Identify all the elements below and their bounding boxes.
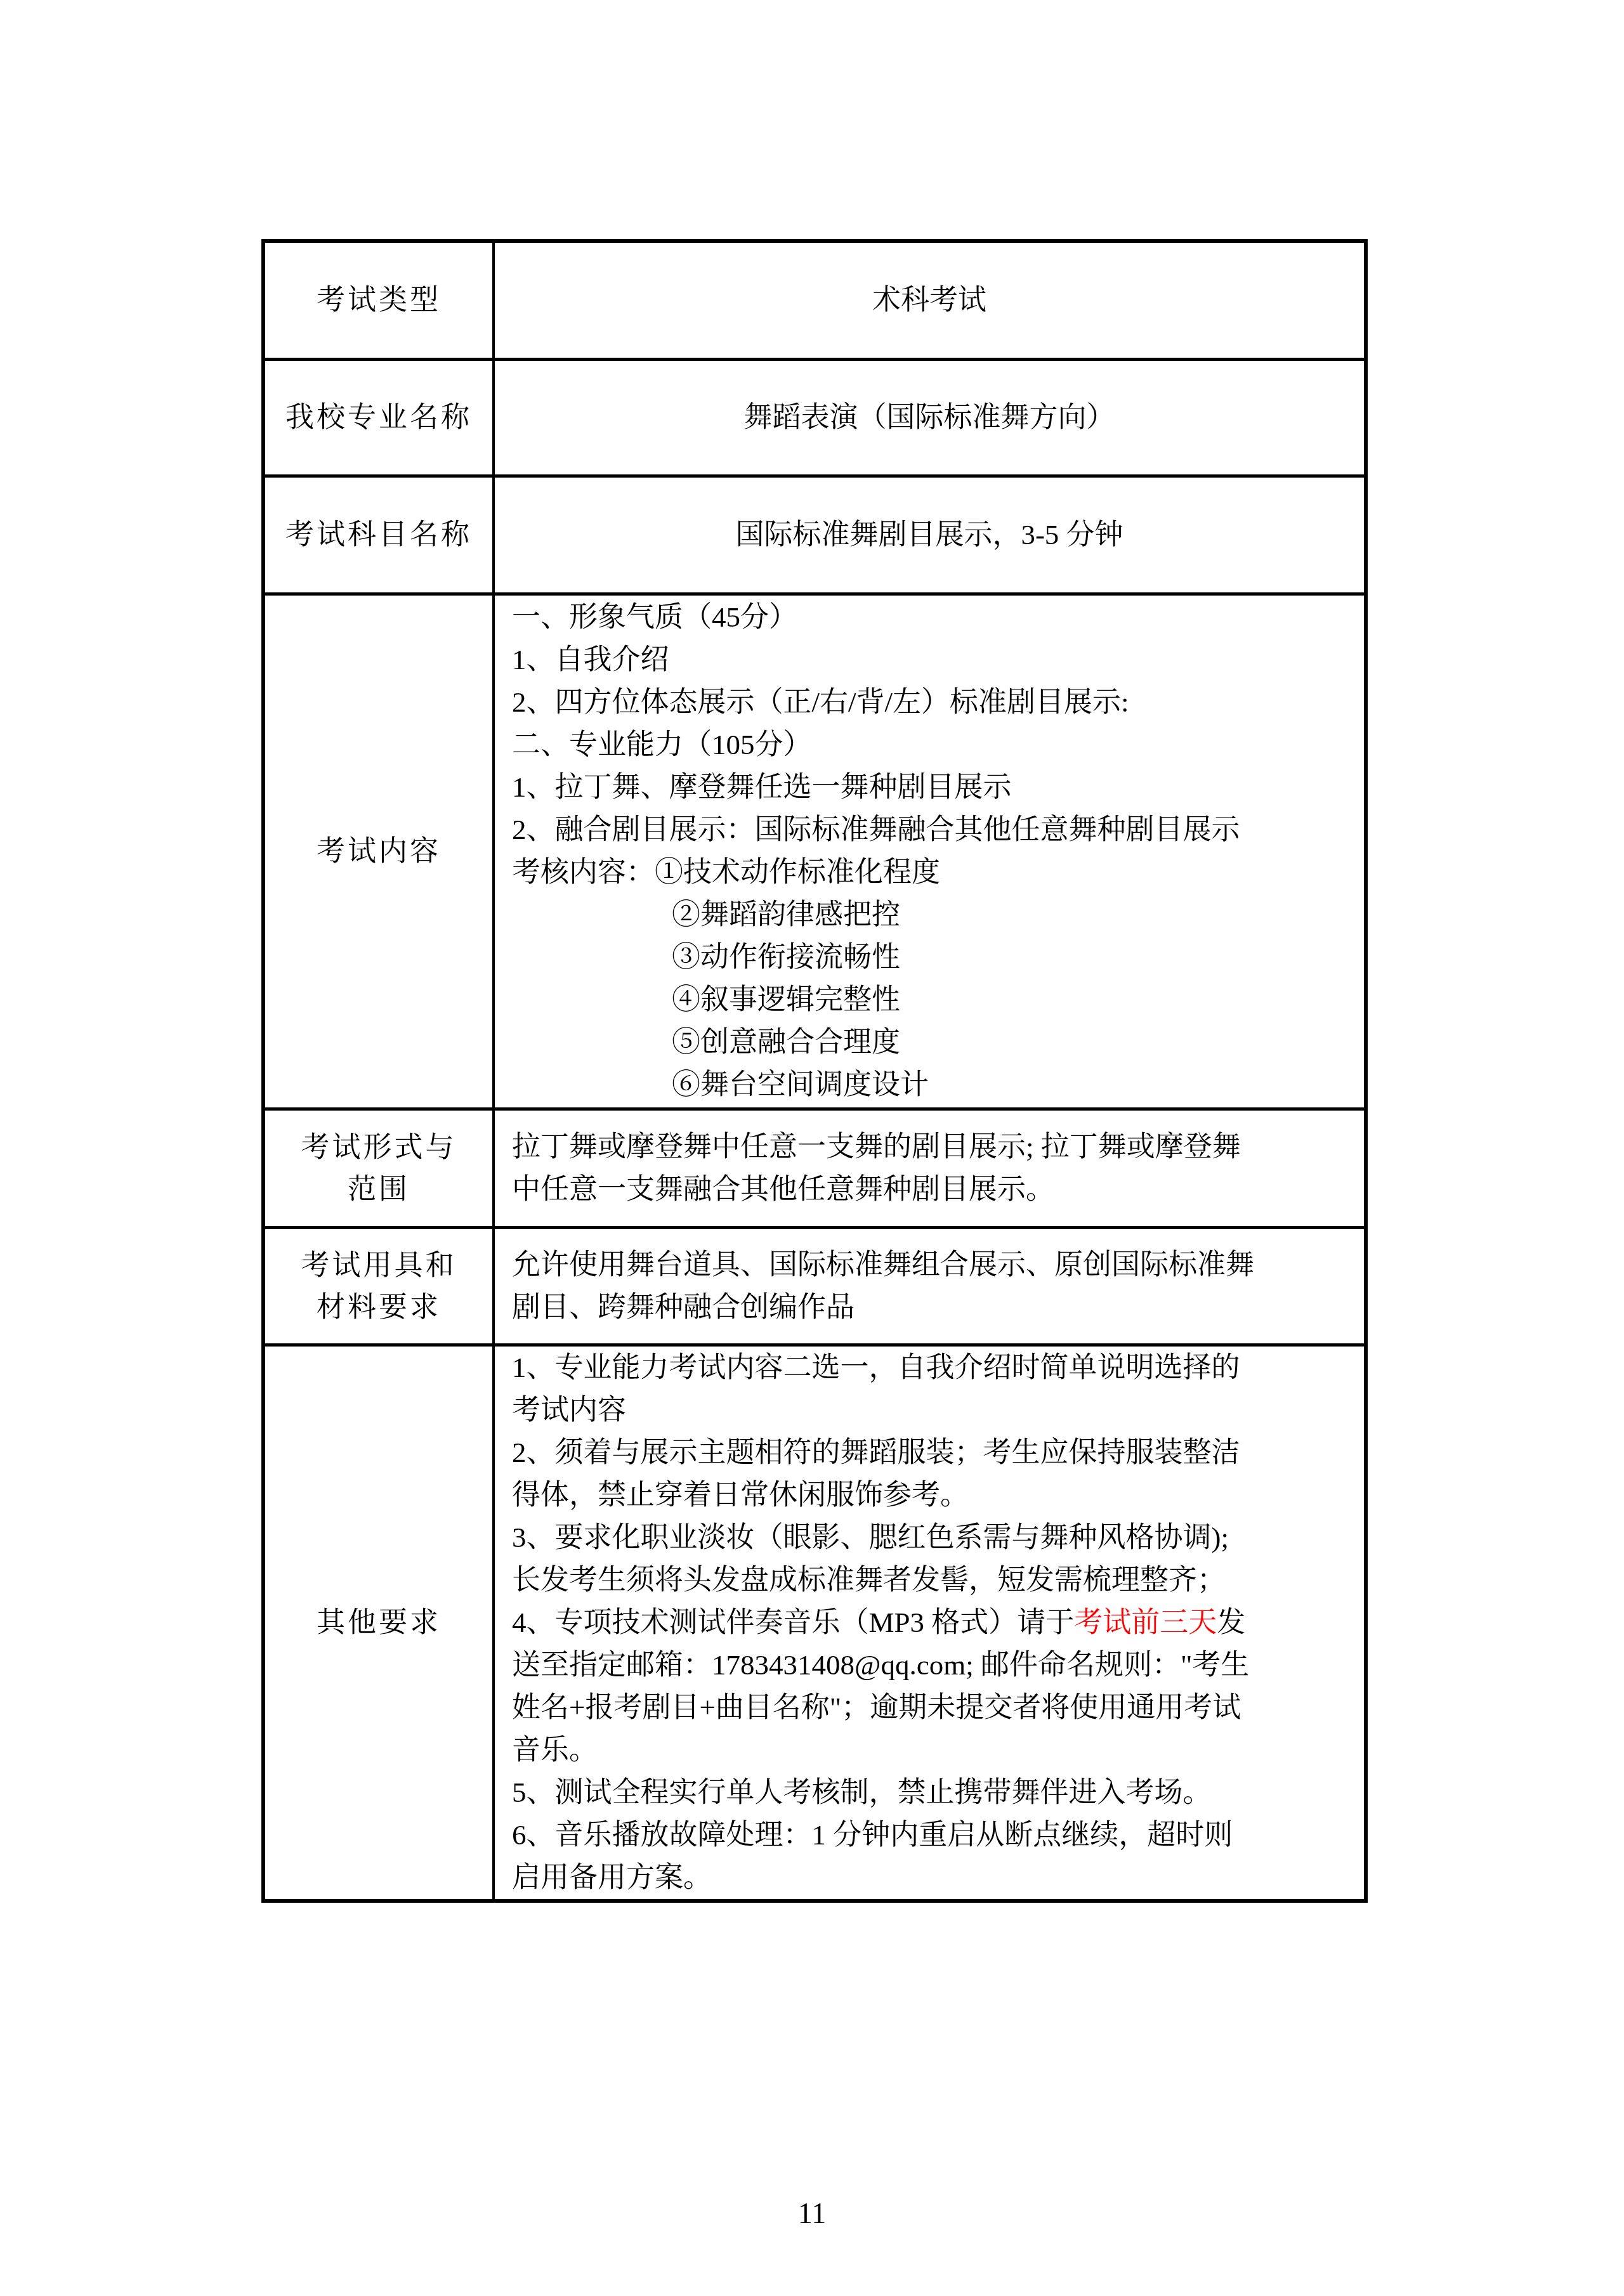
text-line: 2、须着与展示主题相符的舞蹈服装；考生应保持服装整洁 bbox=[512, 1432, 1354, 1474]
text-line: 考试内容 bbox=[512, 1389, 1354, 1432]
label-line: 考试内容 bbox=[265, 830, 492, 872]
exam-subject-name-label-cell: 考试科目名称 bbox=[263, 476, 494, 594]
exam-type-label-cell: 考试类型 bbox=[263, 241, 494, 359]
text-segment: 中任意一支舞融合其他任意舞种剧目展示。 bbox=[512, 1173, 1054, 1205]
text-segment: 得体，禁止穿着日常休闲服饰参考。 bbox=[512, 1479, 969, 1511]
text-segment: 拉丁舞或摩登舞中任意一支舞的剧目展示; 拉丁舞或摩登舞 bbox=[512, 1131, 1241, 1163]
text-segment: 剧目、跨舞种融合创编作品 bbox=[512, 1291, 855, 1323]
text-segment: ②舞蹈韵律感把控 bbox=[672, 899, 900, 930]
table-row-major-name: 我校专业名称舞蹈表演（国际标准舞方向） bbox=[263, 359, 1366, 476]
text-segment: ③动作衔接流畅性 bbox=[672, 941, 900, 973]
exam-tools-and-materials-label-cell: 考试用具和材料要求 bbox=[263, 1227, 494, 1345]
text-line: 1、专业能力考试内容二选一，自我介绍时简单说明选择的 bbox=[512, 1347, 1354, 1389]
exam-subject-name-content-cell: 国际标准舞剧目展示，3-5 分钟 bbox=[494, 476, 1366, 594]
text-line: 4、专项技术测试伴奏音乐（MP3 格式）请于考试前三天发 bbox=[512, 1601, 1354, 1644]
exam-content-content-cell: 一、形象气质（45分）1、自我介绍2、四方位体态展示（正/右/背/左）标准剧目展… bbox=[494, 594, 1366, 1109]
text-line: 长发考生须将头发盘成标准舞者发髻，短发需梳理整齐； bbox=[512, 1559, 1354, 1601]
text-line: ⑥舞台空间调度设计 bbox=[512, 1064, 1354, 1106]
label-line: 其他要求 bbox=[265, 1601, 492, 1643]
table-row-exam-type: 考试类型术科考试 bbox=[263, 241, 1366, 359]
text-segment: 一、形象气质（45分） bbox=[512, 601, 797, 633]
page-number: 11 bbox=[0, 2196, 1624, 2231]
text-line: 1、拉丁舞、摩登舞任选一舞种剧目展示 bbox=[512, 766, 1354, 809]
text-line: ③动作衔接流畅性 bbox=[512, 936, 1354, 979]
major-name-label-cell: 我校专业名称 bbox=[263, 359, 494, 476]
text-line: 音乐。 bbox=[512, 1729, 1354, 1771]
text-line: 启用备用方案。 bbox=[512, 1856, 1354, 1899]
table-row-exam-tools-and-materials: 考试用具和材料要求允许使用舞台道具、国际标准舞组合展示、原创国际标准舞剧目、跨舞… bbox=[263, 1227, 1366, 1345]
label-line: 材料要求 bbox=[265, 1286, 492, 1328]
text-segment: 2、须着与展示主题相符的舞蹈服装；考生应保持服装整洁 bbox=[512, 1437, 1240, 1468]
text-segment: ④叙事逻辑完整性 bbox=[672, 984, 900, 1015]
text-line: 舞蹈表演（国际标准舞方向） bbox=[495, 396, 1364, 439]
text-segment: 国际标准舞剧目展示，3-5 分钟 bbox=[735, 519, 1123, 551]
text-line: 2、四方位体态展示（正/右/背/左）标准剧目展示: bbox=[512, 681, 1354, 724]
text-line: 术科考试 bbox=[495, 279, 1364, 322]
text-segment: 2、融合剧目展示：国际标准舞融合其他任意舞种剧目展示 bbox=[512, 814, 1240, 845]
document-page: 考试类型术科考试我校专业名称舞蹈表演（国际标准舞方向）考试科目名称国际标准舞剧目… bbox=[0, 0, 1624, 2296]
text-line: 姓名+报考剧目+曲目名称"；逾期未提交者将使用通用考试 bbox=[512, 1686, 1354, 1729]
text-segment: 考试内容 bbox=[512, 1394, 626, 1426]
table-row-other-requirements: 其他要求1、专业能力考试内容二选一，自我介绍时简单说明选择的考试内容2、须着与展… bbox=[263, 1345, 1366, 1901]
text-segment: 姓名+报考剧目+曲目名称"；逾期未提交者将使用通用考试 bbox=[512, 1692, 1241, 1723]
label-line: 考试科目名称 bbox=[265, 514, 492, 556]
text-line: 拉丁舞或摩登舞中任意一支舞的剧目展示; 拉丁舞或摩登舞 bbox=[512, 1126, 1354, 1168]
text-segment: 考核内容：①技术动作标准化程度 bbox=[512, 856, 940, 888]
text-segment: 5、测试全程实行单人考核制，禁止携带舞伴进入考场。 bbox=[512, 1777, 1212, 1808]
exam-tools-and-materials-content-cell: 允许使用舞台道具、国际标准舞组合展示、原创国际标准舞剧目、跨舞种融合创编作品 bbox=[494, 1227, 1366, 1345]
text-segment: 4、专项技术测试伴奏音乐（MP3 格式）请于 bbox=[512, 1607, 1074, 1638]
label-line: 范围 bbox=[265, 1168, 492, 1210]
major-name-content-cell: 舞蹈表演（国际标准舞方向） bbox=[494, 359, 1366, 476]
text-line: 允许使用舞台道具、国际标准舞组合展示、原创国际标准舞 bbox=[512, 1244, 1354, 1286]
text-segment: 3、要求化职业淡妆（眼影、腮红色系需与舞种风格协调); bbox=[512, 1522, 1229, 1553]
table-row-exam-subject-name: 考试科目名称国际标准舞剧目展示，3-5 分钟 bbox=[263, 476, 1366, 594]
text-line: 剧目、跨舞种融合创编作品 bbox=[512, 1286, 1354, 1329]
label-line: 考试形式与 bbox=[265, 1126, 492, 1168]
exam-format-and-scope-content-cell: 拉丁舞或摩登舞中任意一支舞的剧目展示; 拉丁舞或摩登舞中任意一支舞融合其他任意舞… bbox=[494, 1109, 1366, 1227]
text-line: 2、融合剧目展示：国际标准舞融合其他任意舞种剧目展示 bbox=[512, 809, 1354, 851]
text-segment: 送至指定邮箱：1783431408@qq.com; 邮件命名规则："考生 bbox=[512, 1649, 1249, 1681]
table-row-exam-format-and-scope: 考试形式与范围拉丁舞或摩登舞中任意一支舞的剧目展示; 拉丁舞或摩登舞中任意一支舞… bbox=[263, 1109, 1366, 1227]
label-line: 考试类型 bbox=[265, 279, 492, 321]
text-segment: 允许使用舞台道具、国际标准舞组合展示、原创国际标准舞 bbox=[512, 1249, 1254, 1281]
text-segment: ⑥舞台空间调度设计 bbox=[672, 1069, 929, 1100]
text-segment: 2、四方位体态展示（正/右/背/左）标准剧目展示: bbox=[512, 686, 1129, 718]
text-segment: 6、音乐播放故障处理：1 分钟内重启从断点继续，超时则 bbox=[512, 1819, 1233, 1851]
other-requirements-label-cell: 其他要求 bbox=[263, 1345, 494, 1901]
text-line: 中任意一支舞融合其他任意舞种剧目展示。 bbox=[512, 1168, 1354, 1211]
text-segment: 1、拉丁舞、摩登舞任选一舞种剧目展示 bbox=[512, 771, 1012, 803]
text-segment: 1、专业能力考试内容二选一，自我介绍时简单说明选择的 bbox=[512, 1352, 1240, 1383]
other-requirements-content-cell: 1、专业能力考试内容二选一，自我介绍时简单说明选择的考试内容2、须着与展示主题相… bbox=[494, 1345, 1366, 1901]
text-segment: ⑤创意融合合理度 bbox=[672, 1026, 900, 1058]
label-line: 考试用具和 bbox=[265, 1244, 492, 1286]
text-line: 得体，禁止穿着日常休闲服饰参考。 bbox=[512, 1474, 1354, 1517]
highlighted-red-text: 考试前三天 bbox=[1074, 1607, 1217, 1638]
exam-content-label-cell: 考试内容 bbox=[263, 594, 494, 1109]
text-line: 送至指定邮箱：1783431408@qq.com; 邮件命名规则："考生 bbox=[512, 1644, 1354, 1686]
text-line: 3、要求化职业淡妆（眼影、腮红色系需与舞种风格协调); bbox=[512, 1517, 1354, 1559]
text-line: ②舞蹈韵律感把控 bbox=[512, 894, 1354, 936]
label-line: 我校专业名称 bbox=[265, 396, 492, 438]
table-row-exam-content: 考试内容一、形象气质（45分）1、自我介绍2、四方位体态展示（正/右/背/左）标… bbox=[263, 594, 1366, 1109]
exam-type-content-cell: 术科考试 bbox=[494, 241, 1366, 359]
text-segment: 术科考试 bbox=[872, 284, 986, 316]
text-line: 二、专业能力（105分） bbox=[512, 724, 1354, 766]
text-segment: 启用备用方案。 bbox=[512, 1862, 712, 1893]
exam-table-body: 考试类型术科考试我校专业名称舞蹈表演（国际标准舞方向）考试科目名称国际标准舞剧目… bbox=[263, 241, 1366, 1901]
text-line: 考核内容：①技术动作标准化程度 bbox=[512, 851, 1354, 894]
exam-format-and-scope-label-cell: 考试形式与范围 bbox=[263, 1109, 494, 1227]
text-segment: 1、自我介绍 bbox=[512, 644, 669, 675]
exam-info-table: 考试类型术科考试我校专业名称舞蹈表演（国际标准舞方向）考试科目名称国际标准舞剧目… bbox=[261, 239, 1368, 1903]
text-segment: 发 bbox=[1217, 1607, 1245, 1638]
text-line: 5、测试全程实行单人考核制，禁止携带舞伴进入考场。 bbox=[512, 1771, 1354, 1814]
text-line: 1、自我介绍 bbox=[512, 639, 1354, 681]
text-line: 6、音乐播放故障处理：1 分钟内重启从断点继续，超时则 bbox=[512, 1814, 1354, 1856]
text-line: 一、形象气质（45分） bbox=[512, 596, 1354, 639]
text-segment: 长发考生须将头发盘成标准舞者发髻，短发需梳理整齐； bbox=[512, 1564, 1226, 1596]
text-line: ④叙事逻辑完整性 bbox=[512, 979, 1354, 1021]
text-segment: 舞蹈表演（国际标准舞方向） bbox=[743, 401, 1115, 433]
text-segment: 二、专业能力（105分） bbox=[512, 729, 812, 760]
text-line: 国际标准舞剧目展示，3-5 分钟 bbox=[495, 514, 1364, 556]
text-segment: 音乐。 bbox=[512, 1734, 598, 1766]
text-line: ⑤创意融合合理度 bbox=[512, 1021, 1354, 1064]
